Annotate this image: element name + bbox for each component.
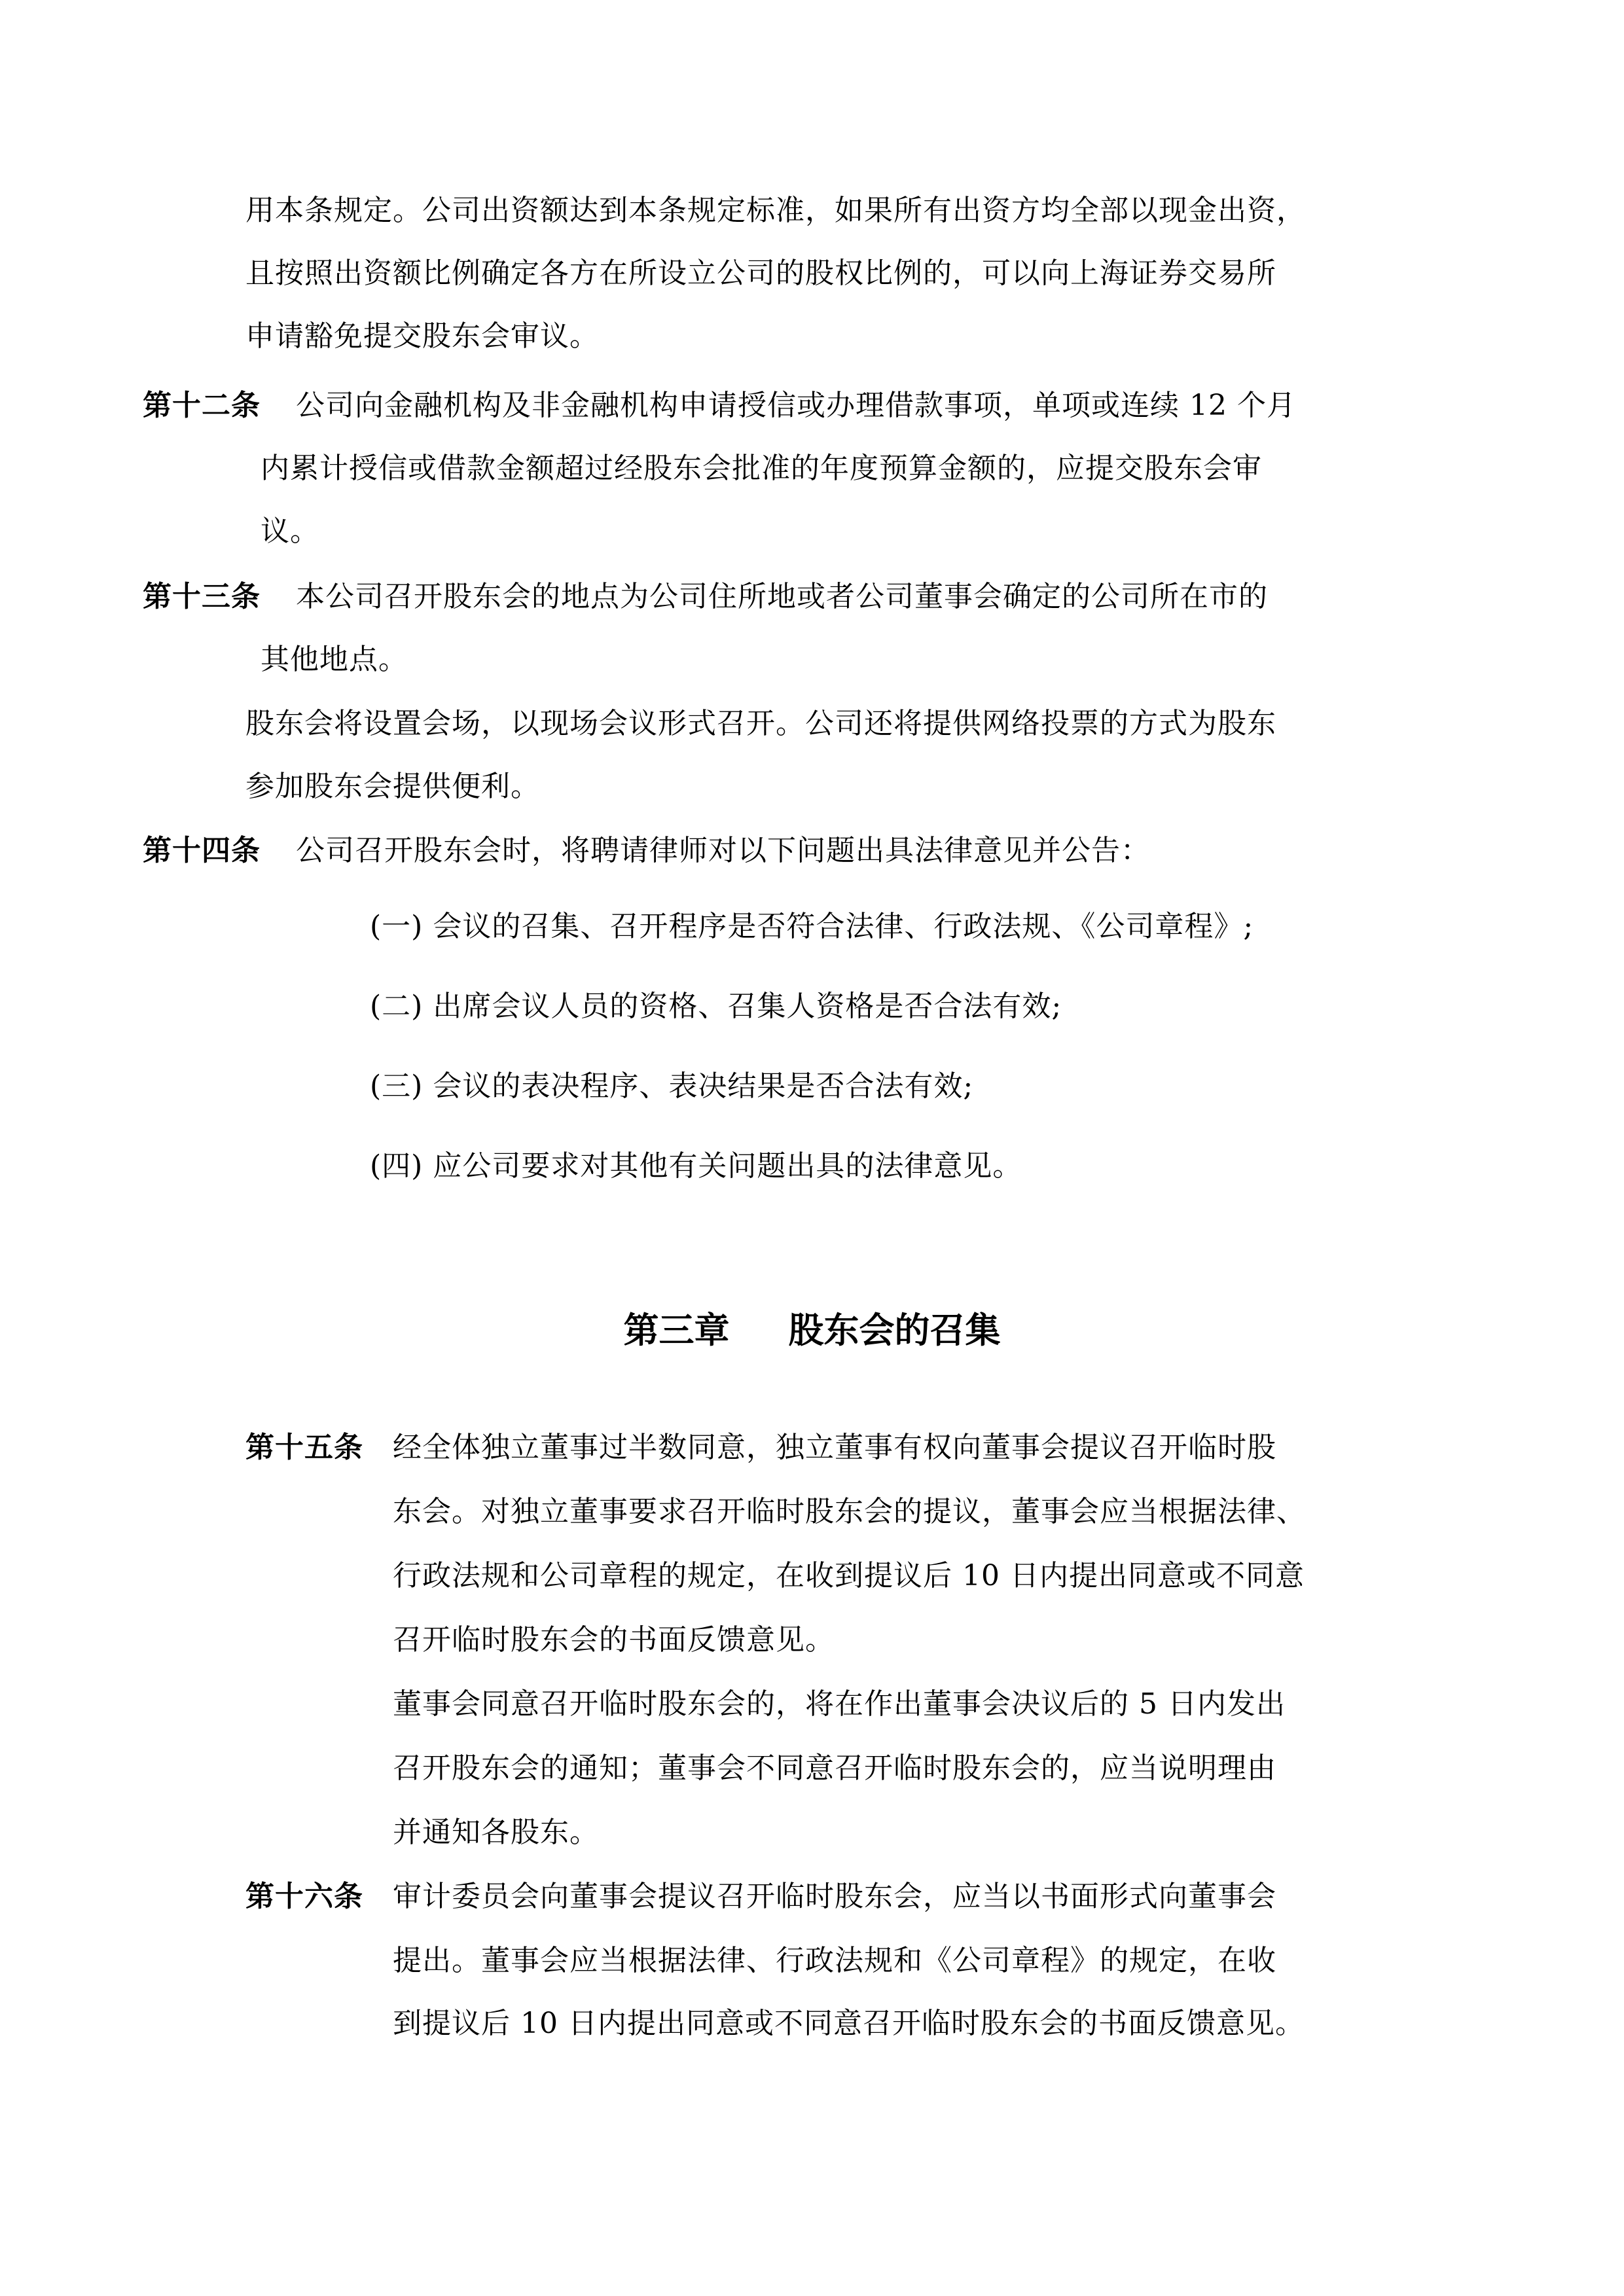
body-text: 召开临时股东会的书面反馈意见。 [393,1621,835,1660]
body-text: 申请豁免提交股东会审议。 [245,317,599,356]
list-item: (二) 出席会议人员的资格、召集人资格是否合法有效; [370,987,1062,1026]
body-text: 审计委员会向董事会提议召开临时股东会，应当以书面形式向董事会 [393,1877,1276,1916]
article-label: 第十四条 [143,831,261,870]
chapter-number: 第三章 [624,1310,730,1351]
body-text: 议。 [261,512,319,551]
body-text: 用本条规定。公司出资额达到本条规定标准，如果所有出资方均全部以现金出资， [245,191,1306,230]
body-text: 到提议后 10 日内提出同意或不同意召开临时股东会的书面反馈意见。 [393,2004,1305,2043]
body-text: 本公司召开股东会的地点为公司住所地或者公司董事会确定的公司所在市的 [296,577,1268,617]
body-text: 且按照出资额比例确定各方在所设立公司的股权比例的，可以向上海证券交易所 [245,254,1276,293]
body-text: 行政法规和公司章程的规定，在收到提议后 10 日内提出同意或不同意 [393,1556,1305,1596]
body-text: 内累计授信或借款金额超过经股东会批准的年度预算金额的，应提交股东会审 [261,449,1262,488]
body-text: 公司向金融机构及非金融机构申请授信或办理借款事项，单项或连续 12 个月 [296,386,1296,425]
article-label: 第十二条 [143,386,261,425]
list-item: (四) 应公司要求对其他有关问题出具的法律意见。 [370,1147,1022,1186]
body-text: 提出。董事会应当根据法律、行政法规和《公司章程》的规定，在收 [393,1941,1276,1981]
body-text: 其他地点。 [261,640,408,679]
body-text: 并通知各股东。 [393,1813,599,1852]
body-text: 经全体独立董事过半数同意，独立董事有权向董事会提议召开临时股 [393,1428,1276,1467]
body-text: 东会。对独立董事要求召开临时股东会的提议，董事会应当根据法律、 [393,1492,1306,1532]
article-label: 第十六条 [245,1877,363,1916]
chapter-heading: 第三章股东会的召集 [0,1302,1624,1353]
article-label: 第十五条 [245,1428,363,1467]
body-text: 召开股东会的通知；董事会不同意召开临时股东会的，应当说明理由 [393,1749,1276,1788]
body-text: 参加股东会提供便利。 [245,767,540,806]
document-page: 用本条规定。公司出资额达到本条规定标准，如果所有出资方均全部以现金出资， 且按照… [0,0,1624,2296]
list-item: (一) 会议的召集、召开程序是否符合法律、行政法规、《公司章程》; [370,907,1254,946]
article-label: 第十三条 [143,577,261,617]
body-text: 股东会将设置会场，以现场会议形式召开。公司还将提供网络投票的方式为股东 [245,704,1276,744]
list-item: (三) 会议的表决程序、表决结果是否合法有效; [370,1067,973,1106]
body-text: 公司召开股东会时，将聘请律师对以下问题出具法律意见并公告： [296,831,1150,870]
chapter-title: 股东会的召集 [789,1310,1001,1351]
body-text: 董事会同意召开临时股东会的，将在作出董事会决议后的 5 日内发出 [393,1685,1286,1724]
